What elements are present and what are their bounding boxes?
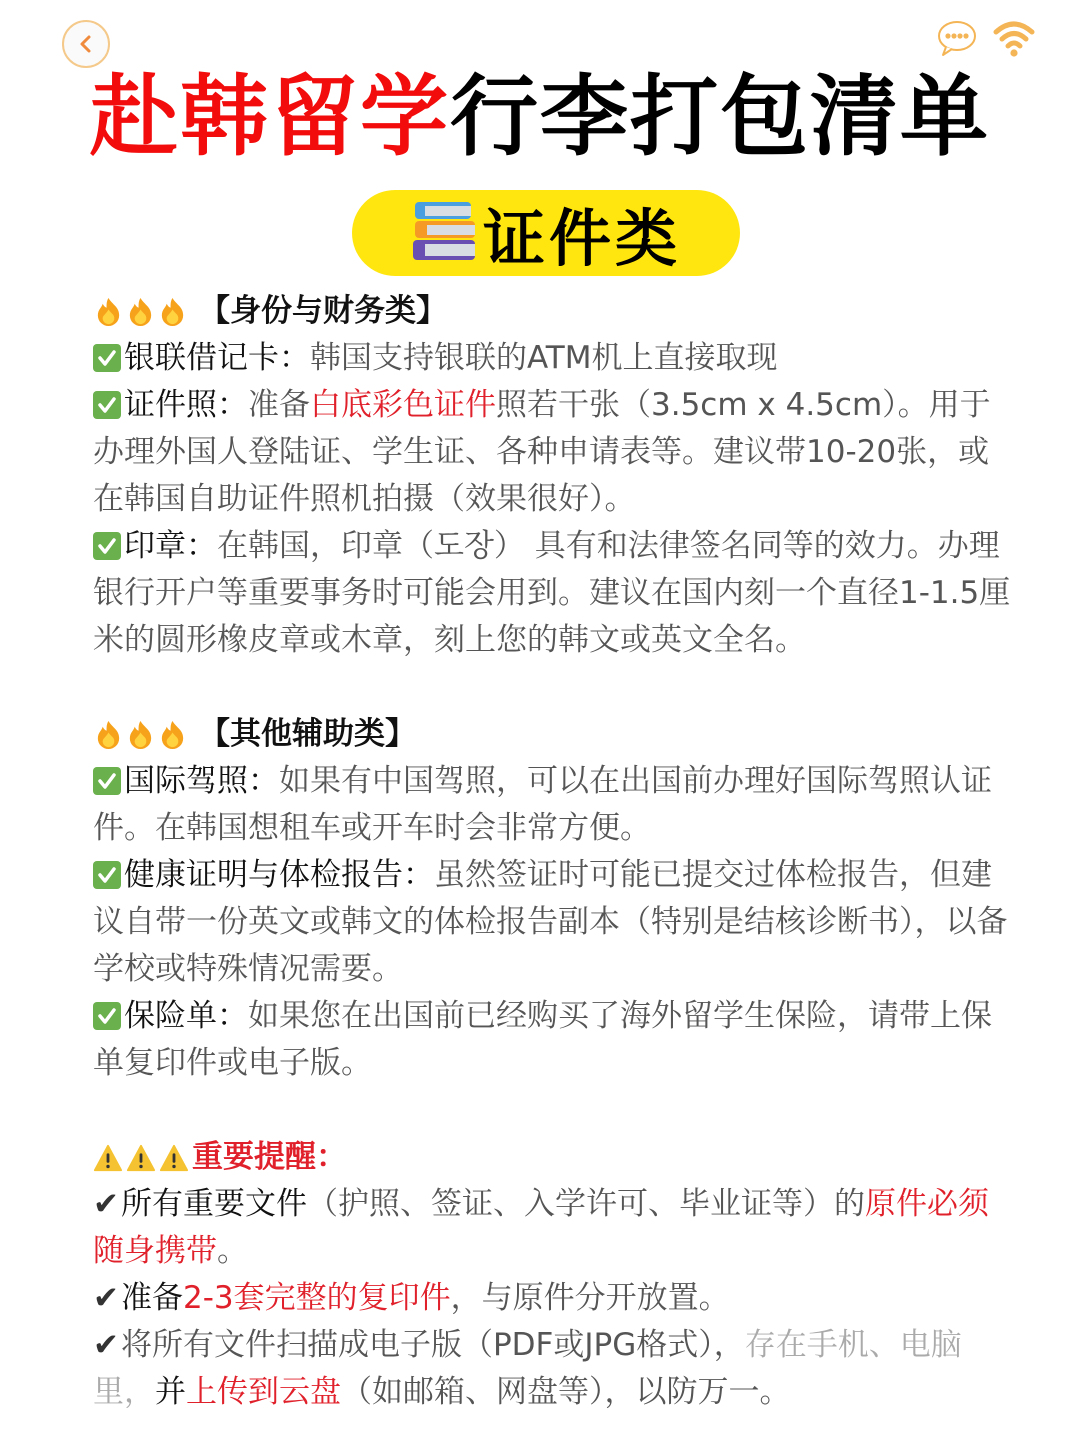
- checkmark-icon: [93, 532, 121, 560]
- warning-icon: [93, 1143, 123, 1173]
- item-text: 准备: [248, 387, 310, 423]
- item-label: 健康证明与体检报告：: [124, 857, 434, 893]
- category-label: 证件类: [483, 189, 681, 278]
- fire-icon: [125, 719, 156, 750]
- item-label: 保险单：: [124, 998, 248, 1034]
- warning-icon: [126, 1143, 156, 1173]
- reminder-title: 重要提醒：: [192, 1134, 347, 1181]
- section-heading: 【身份与财务类】: [93, 288, 1013, 335]
- reminder-text: 将所有文件扫描成电子版（PDF或JPG格式），: [121, 1327, 745, 1363]
- warning-icon: [159, 1143, 189, 1173]
- section-title: 【其他辅助类】: [199, 711, 416, 758]
- item-label: 证件照：: [124, 387, 248, 423]
- list-item: 健康证明与体检报告：虽然签证时可能已提交过体检报告，但建议自带一份英文或韩文的体…: [93, 852, 1013, 993]
- speech-bubble-icon[interactable]: [936, 19, 978, 61]
- list-item: 证件照：准备白底彩色证件照若干张（3.5cm x 4.5cm）。用于办理外国人登…: [93, 382, 1013, 523]
- tick-icon: ✔: [93, 1280, 119, 1316]
- section-heading: 【其他辅助类】: [93, 711, 1013, 758]
- reminder-text: 。: [217, 1233, 248, 1269]
- title-black-part: 行李打包清单: [450, 65, 990, 168]
- reminder-text: 准备: [121, 1280, 183, 1316]
- item-text: 韩国支持银联的ATM机上直接取现: [310, 340, 777, 376]
- reminder-highlight: 上传到云盘: [186, 1374, 341, 1410]
- reminder-item: ✔准备2-3套完整的复印件，与原件分开放置。: [93, 1275, 1013, 1322]
- reminder-item: ✔将所有文件扫描成电子版（PDF或JPG格式），存在手机、电脑里，并上传到云盘（…: [93, 1322, 1013, 1416]
- item-text: 在韩国，印章（도장） 具有和法律签名同等的效力。办理银行开户等重要事务时可能会用…: [93, 528, 1010, 658]
- reminder-text: （护照、签证、入学许可、毕业证等）的: [307, 1186, 865, 1222]
- title-red-part: 赴韩留学: [90, 65, 450, 168]
- reminder-text: 并: [155, 1374, 186, 1410]
- list-item: 保险单：如果您在出国前已经购买了海外留学生保险，请带上保单复印件或电子版。: [93, 993, 1013, 1087]
- chevron-left-icon: [78, 34, 94, 54]
- checkmark-icon: [93, 767, 121, 795]
- section-title: 【身份与财务类】: [199, 288, 447, 335]
- fire-icon: [93, 296, 124, 327]
- item-label: 银联借记卡：: [124, 340, 310, 376]
- checkmark-icon: [93, 391, 121, 419]
- fire-icon: [157, 296, 188, 327]
- page-title: 赴韩留学行李打包清单: [0, 62, 1080, 172]
- reminder-heading: 重要提醒：: [93, 1134, 1013, 1181]
- fire-icon: [125, 296, 156, 327]
- reminder-text: 所有重要文件: [121, 1186, 307, 1222]
- checklist-content: 【身份与财务类】 银联借记卡：韩国支持银联的ATM机上直接取现 证件照：准备白底…: [93, 288, 1013, 1416]
- wifi-icon: [992, 18, 1036, 62]
- reminder-highlight: 2-3套完整的复印件: [183, 1280, 451, 1316]
- tick-icon: ✔: [93, 1186, 119, 1222]
- books-icon: [411, 198, 477, 268]
- checkmark-icon: [93, 861, 121, 889]
- fire-icon-group: [93, 296, 189, 327]
- reminder-item: ✔所有重要文件（护照、签证、入学许可、毕业证等）的原件必须随身携带。: [93, 1181, 1013, 1275]
- tick-icon: ✔: [93, 1327, 119, 1363]
- checkmark-icon: [93, 1002, 121, 1030]
- checkmark-icon: [93, 344, 121, 372]
- item-label: 印章：: [124, 528, 217, 564]
- item-label: 国际驾照：: [124, 763, 279, 799]
- category-pill: 证件类: [352, 190, 740, 276]
- item-highlight: 白底彩色证件: [310, 387, 496, 423]
- reminder-text: ，与原件分开放置。: [451, 1280, 730, 1316]
- list-item: 印章：在韩国，印章（도장） 具有和法律签名同等的效力。办理银行开户等重要事务时可…: [93, 523, 1013, 664]
- fire-icon-group: [93, 719, 189, 750]
- list-item: 国际驾照：如果有中国驾照，可以在出国前办理好国际驾照认证件。在韩国想租车或开车时…: [93, 758, 1013, 852]
- list-item: 银联借记卡：韩国支持银联的ATM机上直接取现: [93, 335, 1013, 382]
- reminder-text: （如邮箱、网盘等），以防万一。: [341, 1374, 791, 1410]
- fire-icon: [93, 719, 124, 750]
- back-button[interactable]: [62, 20, 110, 68]
- top-right-actions: [936, 18, 1036, 62]
- fire-icon: [157, 719, 188, 750]
